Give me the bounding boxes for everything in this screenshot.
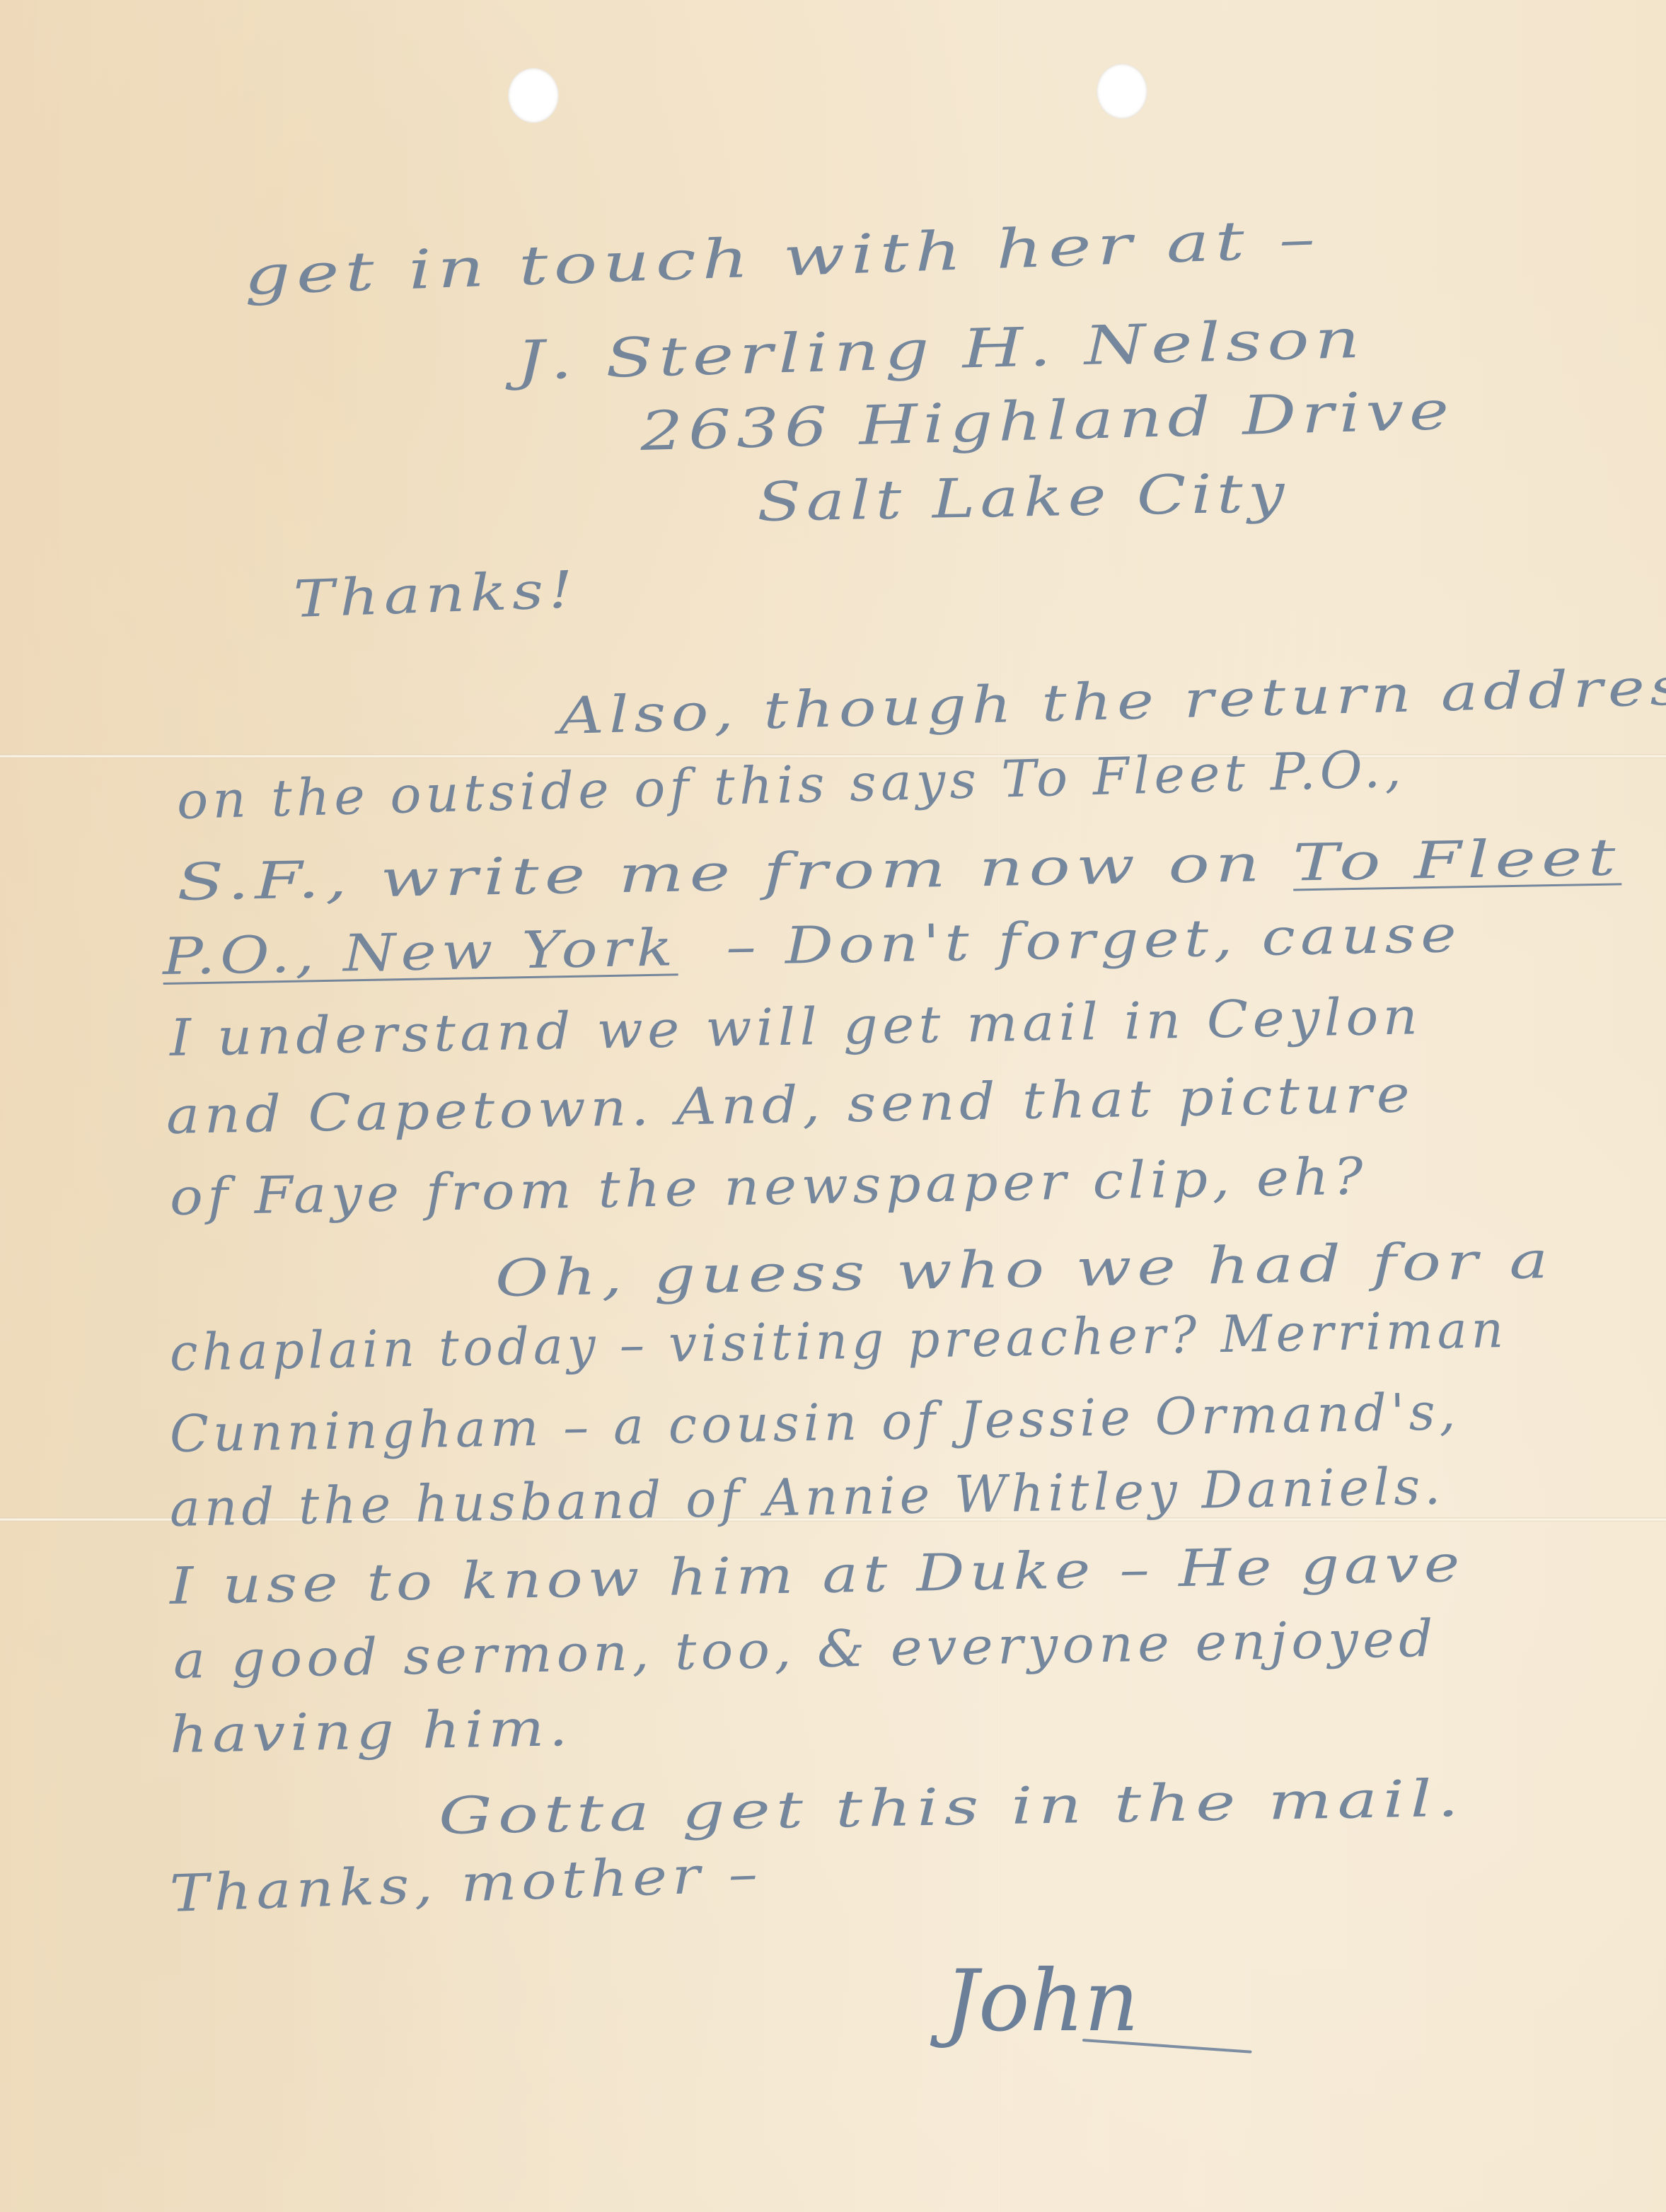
body-line-5: I understand we will get mail in Ceylon xyxy=(169,986,1423,1067)
body-line-15: Gotta get this in the mail. xyxy=(438,1768,1464,1846)
punch-hole-right xyxy=(1097,64,1147,119)
letter-page: get in touch with her at – Ј. Sterling H… xyxy=(0,0,1666,2212)
body-line-4-rest: – Don't forget, cause xyxy=(701,904,1462,977)
underlined-po-new-york: P.O., New York xyxy=(162,917,678,986)
underlined-to-fleet: To Fleet xyxy=(1292,827,1622,892)
thanks-line: Thanks! xyxy=(293,560,579,629)
body-line-8: Oh, guess who we had for a xyxy=(494,1230,1554,1308)
body-line-14: having him. xyxy=(169,1698,573,1764)
address-intro: get in touch with her at – xyxy=(243,207,1321,307)
body-line-1: Also, though the return address xyxy=(558,656,1666,746)
body-line-9: chaplain today – visiting preacher? Merr… xyxy=(169,1299,1508,1382)
body-line-13: a good sermon, too, & everyone enjoyed xyxy=(173,1609,1437,1690)
address-city: Salt Lake City xyxy=(756,461,1290,533)
body-line-6: and Capetown. And, send that picture xyxy=(166,1064,1415,1145)
address-name: Ј. Sterling H. Nelson xyxy=(516,307,1366,392)
body-line-3: S.F., write me from now on To Fleet xyxy=(176,827,1621,912)
body-line-2: on the outside of this says To Fleet P.O… xyxy=(176,739,1406,830)
punch-hole-left xyxy=(508,68,559,123)
body-line-7: of Faye from the newspaper clip, eh? xyxy=(169,1146,1367,1227)
body-line-10: Cunningham – a cousin of Jessie Ormand's… xyxy=(169,1382,1460,1464)
body-line-4: P.O., New York – Don't forget, cause xyxy=(162,904,1462,986)
signature: John xyxy=(944,1952,1139,2051)
body-line-3-text: S.F., write me from now on xyxy=(176,833,1266,912)
address-street: 2636 Highland Drive xyxy=(640,378,1455,463)
body-line-12: I use to know him at Duke – He gave xyxy=(169,1534,1465,1616)
body-line-11: and the husband of Annie Whitley Daniels… xyxy=(169,1457,1445,1538)
body-line-16: Thanks, mother – xyxy=(169,1843,764,1923)
